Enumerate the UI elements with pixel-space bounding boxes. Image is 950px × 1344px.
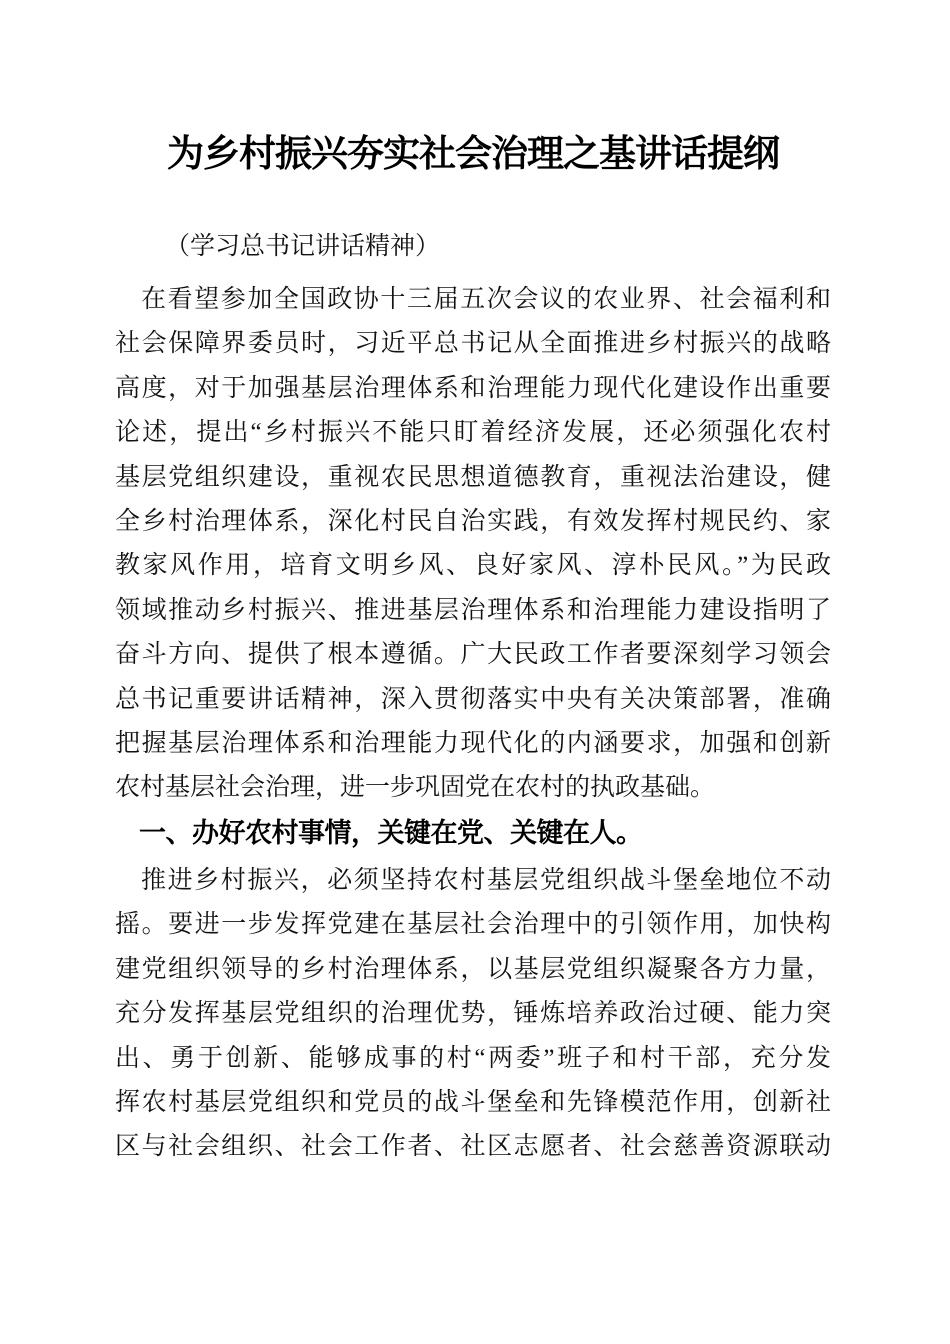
text-line: 教家风作用，培育文明乡风、良好家风、淳朴民风。”为民政 [115,544,831,588]
paragraph: 在看望参加全国政协十三届五次会议的农业界、社会福利和社会保障界委员时，习近平总书… [115,278,831,811]
text-line: 把握基层治理体系和治理能力现代化的内涵要求，加强和创新 [115,722,831,766]
document-content: 为乡村振兴夯实社会治理之基讲话提纲 （学习总书记讲话精神） 在看望参加全国政协十… [115,0,831,1170]
text-line: 出、勇于创新、能够成事的村“两委”班子和村干部，充分发 [115,1037,831,1081]
text-line: 推进乡村振兴，必须坚持农村基层党组织战斗堡垒地位不动 [115,859,831,903]
text-line: 挥农村基层党组织和党员的战斗堡垒和先锋模范作用，创新社 [115,1081,831,1125]
text-line: 奋斗方向、提供了根本遵循。广大民政工作者要深刻学习领会 [115,633,831,677]
text-line: 领域推动乡村振兴、推进基层治理体系和治理能力建设指明了 [115,589,831,633]
text-line: 社会保障界委员时，习近平总书记从全面推进乡村振兴的战略 [115,322,831,366]
section-heading: 一、办好农村事情，关键在党、关键在人。 [115,811,831,855]
text-line: 总书记重要讲话精神，深入贯彻落实中央有关决策部署，准确 [115,678,831,722]
text-line: 论述，提出“乡村振兴不能只盯着经济发展，还必须强化农村 [115,411,831,455]
text-line: 在看望参加全国政协十三届五次会议的农业界、社会福利和 [115,278,831,322]
text-line: 摇。要进一步发挥党建在基层社会治理中的引领作用，加快构 [115,903,831,947]
text-line: 全乡村治理体系，深化村民自治实践，有效发挥村规民约、家 [115,500,831,544]
paragraph: 推进乡村振兴，必须坚持农村基层党组织战斗堡垒地位不动摇。要进一步发挥党建在基层社… [115,859,831,1170]
text-line: 区与社会组织、社会工作者、社区志愿者、社会慈善资源联动 [115,1125,831,1169]
text-line: 高度，对于加强基层治理体系和治理能力现代化建设作出重要 [115,367,831,411]
document-title: 为乡村振兴夯实社会治理之基讲话提纲 [115,135,831,175]
text-line: 基层党组织建设，重视农民思想道德教育，重视法治建设，健 [115,456,831,500]
text-line: 充分发挥基层党组织的治理优势，锤炼培养政治过硬、能力突 [115,992,831,1036]
document-subtitle: （学习总书记讲话精神） [115,225,831,269]
text-line: 农村基层社会治理，进一步巩固党在农村的执政基础。 [115,766,831,810]
document-body: 在看望参加全国政协十三届五次会议的农业界、社会福利和社会保障界委员时，习近平总书… [115,278,831,1170]
document-page: 为乡村振兴夯实社会治理之基讲话提纲 （学习总书记讲话精神） 在看望参加全国政协十… [0,0,950,1344]
text-line: 建党组织领导的乡村治理体系，以基层党组织凝聚各方力量， [115,948,831,992]
